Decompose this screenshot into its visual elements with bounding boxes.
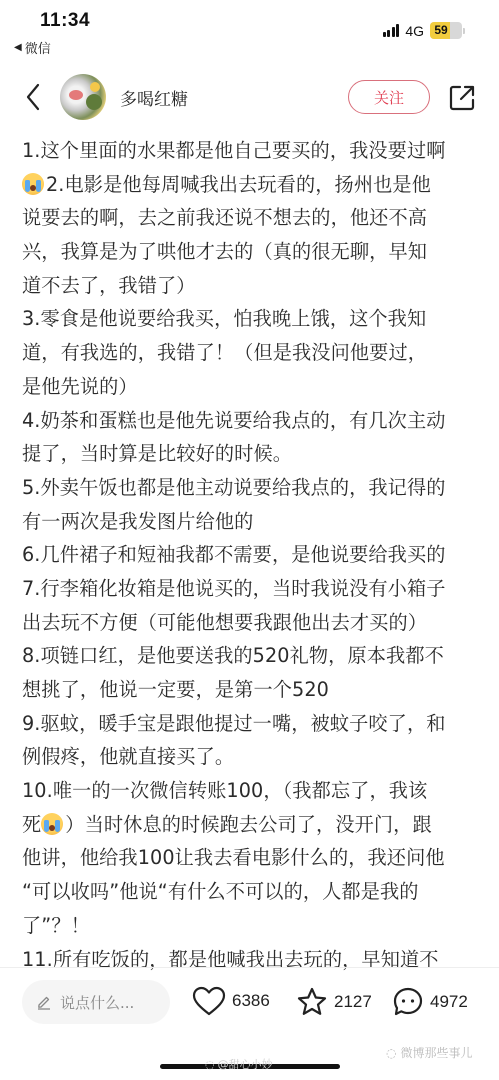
brand-watermark: ◌ 微博那些事儿 [386,1044,473,1061]
signal-icon [383,24,400,37]
favorite-button[interactable]: 2127 [296,986,372,1018]
status-time: 11:34 [40,10,90,32]
pencil-icon [36,994,52,1010]
favorite-count: 2127 [334,992,372,1012]
share-button[interactable] [448,84,476,112]
weibo-logo-icon: ◌ [205,1058,215,1071]
battery-icon: 59 [430,22,465,39]
bottom-action-bar: 说点什么... 6386 2127 4972 [0,968,499,1038]
post-line: 想挑了，他说一定要，是第一个520 [22,673,482,707]
star-icon [296,986,328,1018]
back-app-label: 微信 [25,38,51,57]
crying-face-emoji-icon [22,173,44,195]
post-line: 他讲，他给我100让我去看电影什么的，我还问他 [22,841,482,875]
post-line: 出去玩不方便（可能他想要我跟他出去才买的） [22,606,482,640]
back-to-wechat[interactable]: ◀ 微信 [14,38,51,57]
back-button[interactable] [18,80,48,114]
post-line: 例假疼，他就直接买了。 [22,740,482,774]
post-line: 有一两次是我发图片给他的 [22,505,482,539]
comment-button[interactable]: 4972 [392,986,468,1018]
post-line: 8.项链口红，是他要送我的520礼物，原本我都不 [22,639,482,673]
like-button[interactable]: 6386 [192,986,270,1016]
avatar[interactable] [60,74,106,120]
post-line: 说要去的啊，去之前我还说不想去的，他还不高 [22,201,482,235]
post-header: 多喝红糖 关注 [0,70,499,124]
post-line: “可以收吗”他说“有什么不可以的，人都是我的 [22,875,482,909]
comment-bubble-icon [392,986,424,1018]
post-line: 6.几件裙子和短袖我都不需要，是他说要给我买的 [22,538,482,572]
post-body: 1.这个里面的水果都是他自己要买的，我没要过啊 2.电影是他每周喊我出去玩看的，… [22,134,482,976]
weibo-logo-icon: ◌ [386,1046,396,1060]
author-name[interactable]: 多喝红糖 [120,85,188,110]
post-line: 道，有我选的，我错了！（但是我没问他要过， [22,336,482,370]
status-indicators: 4G 59 [383,22,465,39]
user-watermark: ◌ @甜心小妙 [205,1056,273,1072]
post-line: 7.行李箱化妆箱是他说买的，当时我说没有小箱子 [22,572,482,606]
post-line: 是他先说的） [22,370,482,404]
chevron-left-icon [25,83,41,111]
post-line: 道不去了，我错了） [22,269,482,303]
post-line: 3.零食是他说要给我买，怕我晚上饿，这个我知 [22,302,482,336]
post-line: 5.外卖午饭也都是他主动说要给我点的，我记得的 [22,471,482,505]
back-triangle-icon: ◀ [14,42,22,53]
comment-placeholder: 说点什么... [60,992,134,1013]
network-type: 4G [405,23,424,39]
post-line: 1.这个里面的水果都是他自己要买的，我没要过啊 [22,134,482,168]
post-line: 兴，我算是为了哄他才去的（真的很无聊，早知 [22,235,482,269]
comment-input[interactable]: 说点什么... [22,980,170,1024]
post-line: 10.唯一的一次微信转账100，（我都忘了，我该 [22,774,482,808]
share-icon [448,84,476,112]
post-line: 了”？！ [22,909,482,943]
post-line: 提了，当时算是比较好的时候。 [22,437,482,471]
post-line: 4.奶茶和蛋糕也是他先说要给我点的，有几次主动 [22,404,482,438]
battery-level: 59 [430,22,452,39]
heart-icon [192,986,226,1016]
post-line: 9.驱蚊，暖手宝是跟他提过一嘴，被蚊子咬了，和 [22,707,482,741]
follow-button[interactable]: 关注 [348,80,430,114]
status-bar: 11:34 ◀ 微信 4G 59 [0,0,499,62]
post-line: 2.电影是他每周喊我出去玩看的，扬州也是他 [22,168,482,202]
crying-face-emoji-icon [41,813,63,835]
comment-count: 4972 [430,992,468,1012]
post-line: 死）当时休息的时候跑去公司了，没开门，跟 [22,808,482,842]
like-count: 6386 [232,991,270,1011]
